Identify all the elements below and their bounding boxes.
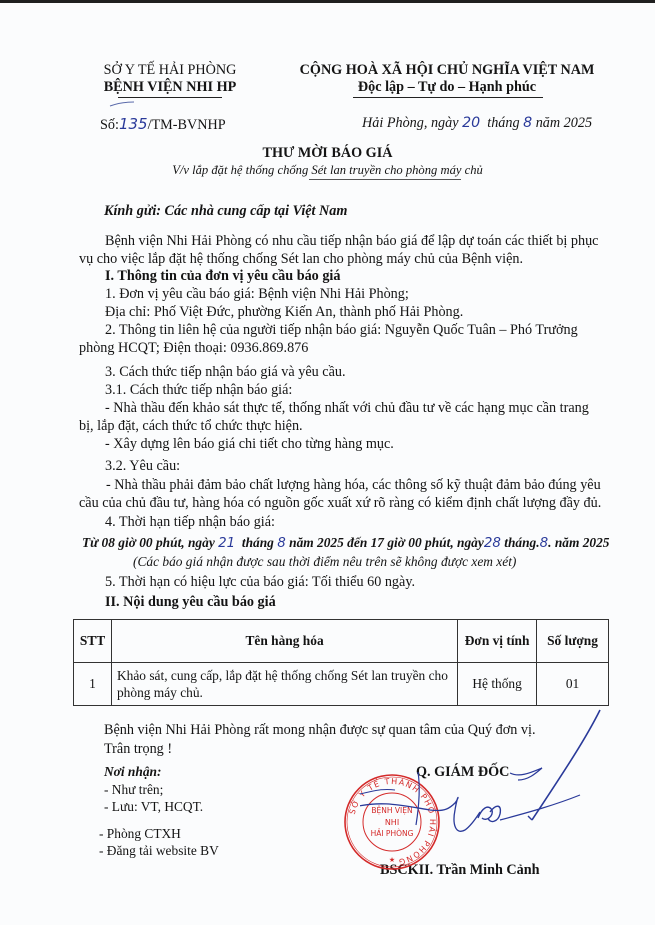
contact-line-1: 2. Thông tin liên hệ của người tiếp nhận… xyxy=(105,322,578,339)
number-label: Số: xyxy=(100,117,119,133)
deadline-to-month-label: tháng. xyxy=(504,535,539,550)
recipient-item: - Đăng tải website BV xyxy=(99,843,219,859)
deadline-from-month-label: tháng xyxy=(242,535,274,550)
date-day: 20 xyxy=(462,115,480,131)
date-month: 8 xyxy=(523,115,532,131)
closing-line-2: Trân trọng ! xyxy=(104,741,172,758)
deadline-from-prefix: Từ 08 giờ 00 phút, ngày xyxy=(82,535,215,550)
date-year: năm 2025 xyxy=(536,115,592,131)
deadline-to-year: . năm 2025 xyxy=(548,535,609,550)
item-3-1-a-line-1: - Nhà thầu đến khảo sát thực tế, thống n… xyxy=(105,400,589,417)
document-title: THƯ MỜI BÁO GIÁ xyxy=(0,145,655,162)
deadline-from-month: 8 xyxy=(277,536,286,551)
item-3-2-a-line-1: - Nhà thầu phải đảm bảo chất lượng hàng … xyxy=(106,477,601,494)
header-unit: Đơn vị tính xyxy=(458,620,537,663)
motto-underline xyxy=(353,97,543,98)
intro-line-1: Bệnh viện Nhi Hải Phòng có nhu cầu tiếp … xyxy=(105,233,598,250)
department-name: SỞ Y TẾ HẢI PHÒNG xyxy=(90,62,250,79)
deadline: Từ 08 giờ 00 phút, ngày 21 tháng 8 năm 2… xyxy=(82,535,610,551)
deadline-from-day: 21 xyxy=(218,536,235,551)
header-stt: STT xyxy=(74,620,112,663)
contact-line-2: phòng HCQT; Điện thoại: 0936.869.876 xyxy=(79,340,308,357)
place-date: Hải Phòng, ngày 20 tháng 8 năm 2025 xyxy=(362,115,592,132)
document-page: SỞ Y TẾ HẢI PHÒNG BỆNH VIỆN NHI HP CỘNG … xyxy=(0,0,655,925)
recipient-item: - Phòng CTXH xyxy=(99,826,181,842)
month-label: tháng xyxy=(487,115,519,131)
requesting-unit: 1. Đơn vị yêu cầu báo giá: Bệnh viện Nhi… xyxy=(105,286,409,303)
header-item-name: Tên hàng hóa xyxy=(111,620,457,663)
item-3-2: 3.2. Yêu cầu: xyxy=(105,458,180,475)
cell-stt: 1 xyxy=(74,663,112,706)
document-subject: V/v lắp đặt hệ thống chống Sét lan truyề… xyxy=(0,163,655,178)
recipient-item: - Lưu: VT, HCQT. xyxy=(104,799,203,815)
address: Địa chỉ: Phố Việt Đức, phường Kiến An, t… xyxy=(105,304,463,321)
document-number: Số:135/TM-BVNHP xyxy=(100,115,226,134)
place-date-prefix: Hải Phòng, ngày xyxy=(362,115,459,131)
section-2-heading: II. Nội dung yêu cầu báo giá xyxy=(105,594,276,611)
recipient-item: - Như trên; xyxy=(104,782,163,798)
table-header-row: STT Tên hàng hóa Đơn vị tính Số lượng xyxy=(74,620,609,663)
salutation: Kính gửi: Các nhà cung cấp tại Việt Nam xyxy=(104,203,347,220)
number-handwritten: 135 xyxy=(119,115,148,133)
item-3: 3. Cách thức tiếp nhận báo giá và yêu cầ… xyxy=(105,364,346,381)
svg-text:★: ★ xyxy=(389,856,395,864)
deadline-note: (Các báo giá nhận được sau thời điểm nêu… xyxy=(133,554,516,570)
national-motto: Độc lập – Tự do – Hạnh phúc xyxy=(272,79,622,96)
number-suffix: /TM-BVNHP xyxy=(148,117,226,133)
item-4: 4. Thời hạn tiếp nhận báo giá: xyxy=(105,514,275,531)
deadline-from-year: năm 2025 đến 17 giờ 00 phút, ngày xyxy=(289,535,484,550)
goods-table: STT Tên hàng hóa Đơn vị tính Số lượng 1 … xyxy=(73,619,609,706)
item-3-1-a-line-2: bị, lắp đặt, cách thức tổ chức thực hiện… xyxy=(79,418,303,435)
item-3-1: 3.1. Cách thức tiếp nhận báo giá: xyxy=(105,382,292,399)
deadline-to-day: 28 xyxy=(484,536,501,551)
item-3-1-b: - Xây dựng lên báo giá chi tiết cho từng… xyxy=(105,436,394,453)
header-quantity: Số lượng xyxy=(537,620,609,663)
recipients-heading: Nơi nhận: xyxy=(104,764,161,780)
intro-line-2: vụ cho việc lắp đặt hệ thống chống Sét l… xyxy=(79,251,523,268)
signature-icon xyxy=(360,700,610,850)
handwriting-mark-icon xyxy=(108,100,138,108)
deadline-to-month: 8 xyxy=(540,536,549,551)
section-1-heading: I. Thông tin của đơn vị yêu cầu báo giá xyxy=(105,268,340,285)
item-3-2-a-line-2: cầu của chủ đầu tư, hàng hóa có nguồn gố… xyxy=(79,495,601,512)
hospital-name: BỆNH VIỆN NHI HP xyxy=(90,79,250,96)
item-5: 5. Thời hạn có hiệu lực của báo giá: Tối… xyxy=(105,574,415,591)
hospital-underline xyxy=(118,97,222,98)
national-title: CỘNG HOÀ XÃ HỘI CHỦ NGHĨA VIỆT NAM xyxy=(272,62,622,79)
subject-underline xyxy=(309,179,461,180)
